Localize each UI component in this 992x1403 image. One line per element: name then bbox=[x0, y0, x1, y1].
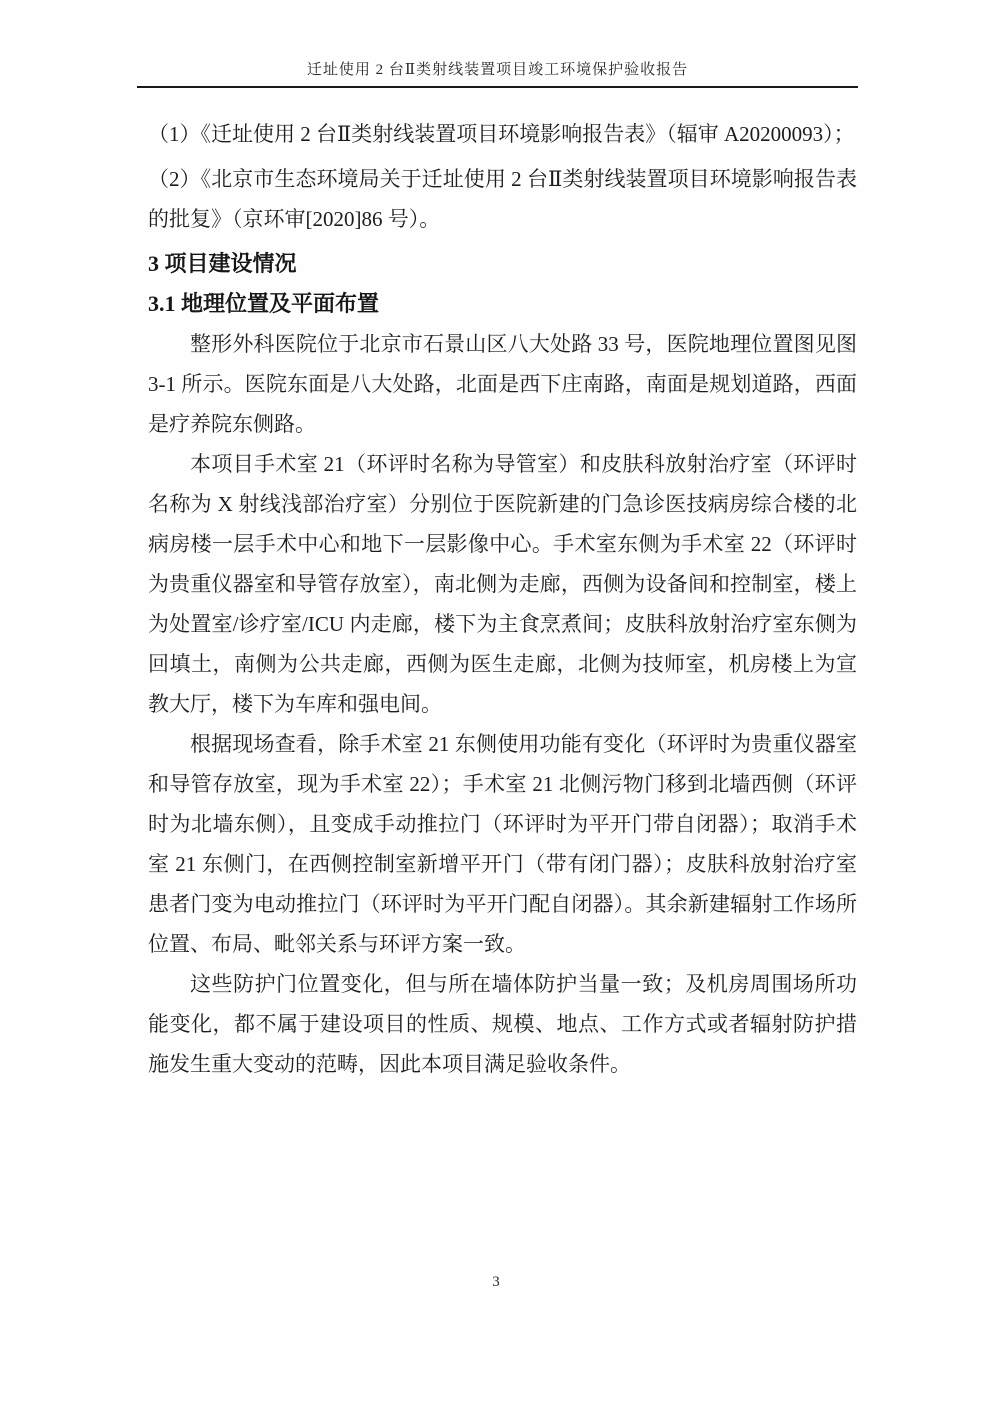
reference-item-1: （1）《迁址使用 2 台Ⅱ类射线装置项目环境影响报告表》（辐审 A2020009… bbox=[148, 114, 857, 154]
page-header: 迁址使用 2 台Ⅱ类射线装置项目竣工环境保护验收报告 bbox=[137, 58, 858, 88]
body-paragraph-layout: 本项目手术室 21（环评时名称为导管室）和皮肤科放射治疗室（环评时名称为 X 射… bbox=[148, 444, 857, 724]
page-footer: 3 bbox=[0, 1274, 992, 1291]
document-page: 迁址使用 2 台Ⅱ类射线装置项目竣工环境保护验收报告 （1）《迁址使用 2 台Ⅱ… bbox=[0, 0, 992, 1403]
document-body: （1）《迁址使用 2 台Ⅱ类射线装置项目环境影响报告表》（辐审 A2020009… bbox=[148, 114, 857, 1084]
subsection-heading: 3.1 地理位置及平面布置 bbox=[148, 284, 857, 324]
page-number: 3 bbox=[492, 1274, 500, 1290]
body-paragraph-conclusion: 这些防护门位置变化，但与所在墙体防护当量一致；及机房周围场所功能变化，都不属于建… bbox=[148, 964, 857, 1084]
header-title: 迁址使用 2 台Ⅱ类射线装置项目竣工环境保护验收报告 bbox=[307, 62, 688, 78]
reference-item-2: （2）《北京市生态环境局关于迁址使用 2 台Ⅱ类射线装置项目环境影响报告表的批复… bbox=[148, 159, 857, 239]
body-paragraph-location: 整形外科医院位于北京市石景山区八大处路 33 号，医院地理位置图见图 3-1 所… bbox=[148, 324, 857, 444]
section-heading: 3 项目建设情况 bbox=[148, 244, 857, 284]
body-paragraph-site-changes: 根据现场查看，除手术室 21 东侧使用功能有变化（环评时为贵重仪器室和导管存放室… bbox=[148, 724, 857, 964]
